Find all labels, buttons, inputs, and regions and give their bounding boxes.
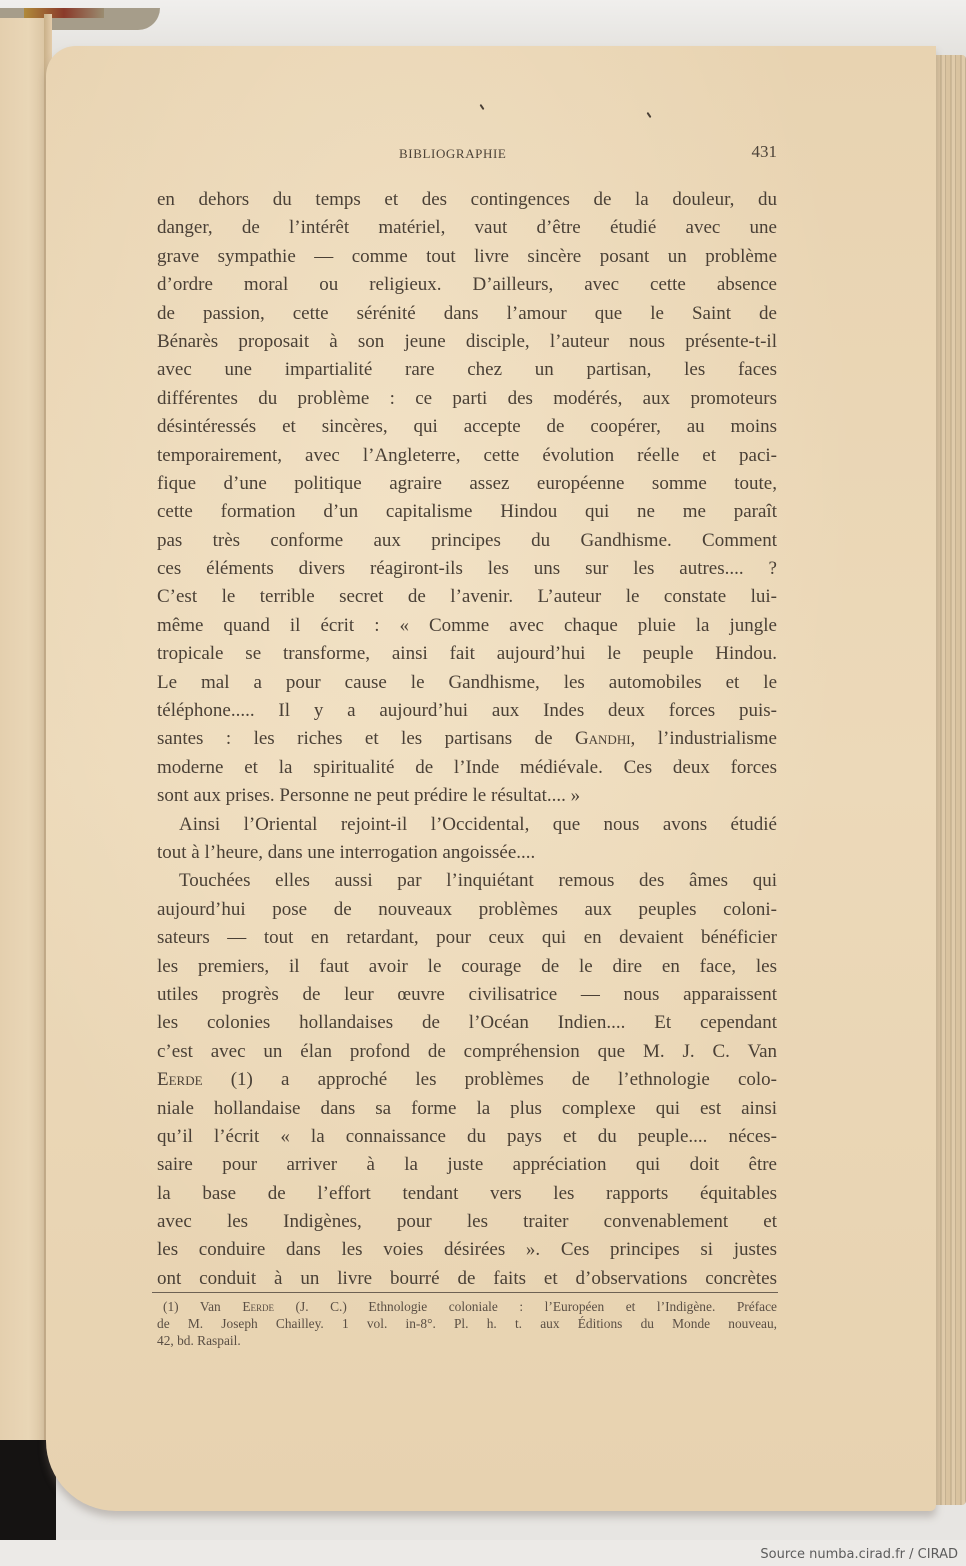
text-line: avec une impartialité rare chez un parti… (157, 356, 777, 384)
text-line: avec les Indigènes, pour les traiter con… (157, 1208, 777, 1236)
text-line: qu’il l’écrit « la connaissance du pays … (157, 1123, 777, 1151)
text-segment: santes : les riches et les partisans de (157, 728, 575, 749)
text-line: tout à l’heure, dans une interrogation a… (157, 839, 777, 867)
text-line: d’ordre moral ou religieux. D’ailleurs, … (157, 271, 777, 299)
text-line: C’est le terrible secret de l’avenir. L’… (157, 583, 777, 611)
text-line: saire pour arriver à la juste appréciati… (157, 1151, 777, 1179)
proper-name-eerde: Eerde (157, 1069, 203, 1090)
text-line: les conduire dans les voies désirées ». … (157, 1236, 777, 1264)
text-line: utiles progrès de leur œuvre civilisatri… (157, 981, 777, 1009)
text-segment: , l’industrialisme (631, 728, 777, 749)
text-line: désintéressés et sincères, qui accepte d… (157, 413, 777, 441)
page-fore-edges (936, 55, 966, 1505)
text-line: Le mal a pour cause le Gandhisme, les au… (157, 669, 777, 697)
text-line-with-name: Eerde (1) a approché les problèmes de l’… (157, 1066, 777, 1094)
text-line: fique d’une politique agraire assez euro… (157, 470, 777, 498)
text-line: en dehors du temps et des contingences d… (157, 186, 777, 214)
footnote-author: Eerde (242, 1299, 274, 1314)
facing-page-edge (0, 18, 48, 1488)
text-line: les premiers, il faut avoir le courage d… (157, 953, 777, 981)
text-line-with-name: santes : les riches et les partisans de … (157, 725, 777, 753)
text-line: sateurs — tout en retardant, pour ceux q… (157, 924, 777, 952)
text-line: c’est avec un élan profond de compréhens… (157, 1038, 777, 1066)
page-header: BIBLIOGRAPHIE 431 (157, 144, 777, 166)
proper-name-gandhi: Gandhi (575, 728, 631, 749)
paragraph-start: Ainsi l’Oriental rejoint-il l’Occidental… (157, 811, 777, 839)
text-line: la base de l’effort tendant vers les rap… (157, 1180, 777, 1208)
spine-ornament (24, 8, 104, 18)
running-head: BIBLIOGRAPHIE (399, 146, 506, 162)
footnote-marker: (1) Van (163, 1299, 242, 1314)
text-line: de passion, cette sérénité dans l’amour … (157, 300, 777, 328)
text-line: grave sympathie — comme tout livre sincè… (157, 243, 777, 271)
text-line: tropicale se transforme, ainsi fait aujo… (157, 640, 777, 668)
body-text: en dehors du temps et des contingences d… (157, 186, 777, 1293)
text-segment: (J. C.) Ethnologie coloniale : l’Europée… (274, 1299, 777, 1314)
footnote-line: (1) Van Eerde (J. C.) Ethnologie colonia… (157, 1298, 777, 1315)
text-line: cette formation d’un capitalisme Hindou … (157, 498, 777, 526)
text-line: ces éléments divers réagiront-ils les un… (157, 555, 777, 583)
text-line: ont conduit à un livre bourré de faits e… (157, 1265, 777, 1293)
footnote: (1) Van Eerde (J. C.) Ethnologie colonia… (157, 1298, 777, 1349)
text-line: aujourd’hui pose de nouveaux problèmes a… (157, 896, 777, 924)
paragraph-start: Touchées elles aussi par l’inquiétant re… (157, 867, 777, 895)
text-line: temporairement, avec l’Angleterre, cette… (157, 442, 777, 470)
footnote-line: 42, bd. Raspail. (157, 1332, 777, 1349)
text-line: moderne et la spiritualité de l’Inde méd… (157, 754, 777, 782)
page-number: 431 (752, 142, 778, 162)
text-line: même quand il écrit : « Comme avec chaqu… (157, 612, 777, 640)
source-credit: Source numba.cirad.fr / CIRAD (760, 1547, 958, 1562)
text-line: pas très conforme aux principes du Gandh… (157, 527, 777, 555)
text-line: Bénarès proposait à son jeune disciple, … (157, 328, 777, 356)
text-line: niale hollandaise dans sa forme la plus … (157, 1095, 777, 1123)
footnote-line: de M. Joseph Chailley. 1 vol. in-8°. Pl.… (157, 1315, 777, 1332)
text-line: sont aux prises. Personne ne peut prédir… (157, 782, 777, 810)
text-line: les colonies hollandaises de l’Océan Ind… (157, 1009, 777, 1037)
text-segment: (1) a approché les problèmes de l’ethnol… (203, 1069, 777, 1090)
text-line: différentes du problème : ce parti des m… (157, 385, 777, 413)
footnote-rule (152, 1292, 778, 1293)
text-line: danger, de l’intérêt matériel, vaut d’êt… (157, 214, 777, 242)
text-line: téléphone..... Il y a aujourd’hui aux In… (157, 697, 777, 725)
